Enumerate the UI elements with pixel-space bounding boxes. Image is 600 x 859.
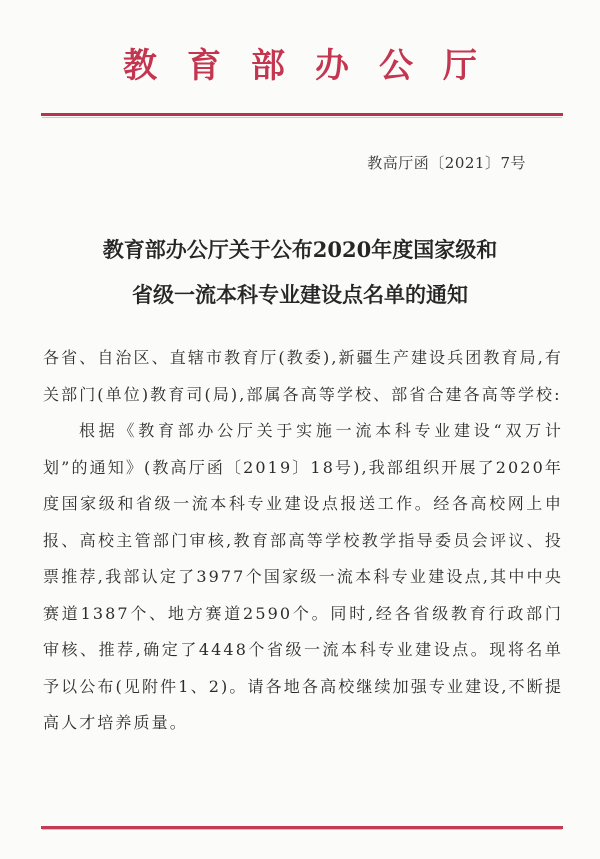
title-line-1: 教育部办公厅关于公布2020年度国家级和 [0,227,600,272]
body-paragraph-1: 根据《教育部办公厅关于实施一流本科专业建设“双万计划”的通知》(教高厅函〔201… [43,413,563,742]
document-number: 教高厅函〔2021〕7号 [367,152,526,173]
salutation: 各省、自治区、直辖市教育厅(教委),新疆生产建设兵团教育局,有关部门(单位)教育… [43,340,563,413]
letterhead-red-rule [41,113,563,116]
letterhead-org-name: 教育部办公厅 [0,38,600,87]
footer-red-rule [41,826,563,829]
document-title: 教育部办公厅关于公布2020年度国家级和 省级一流本科专业建设点名单的通知 [0,227,600,317]
document-body: 各省、自治区、直辖市教育厅(教委),新疆生产建设兵团教育局,有关部门(单位)教育… [43,340,563,742]
title-line-2: 省级一流本科专业建设点名单的通知 [0,272,600,317]
